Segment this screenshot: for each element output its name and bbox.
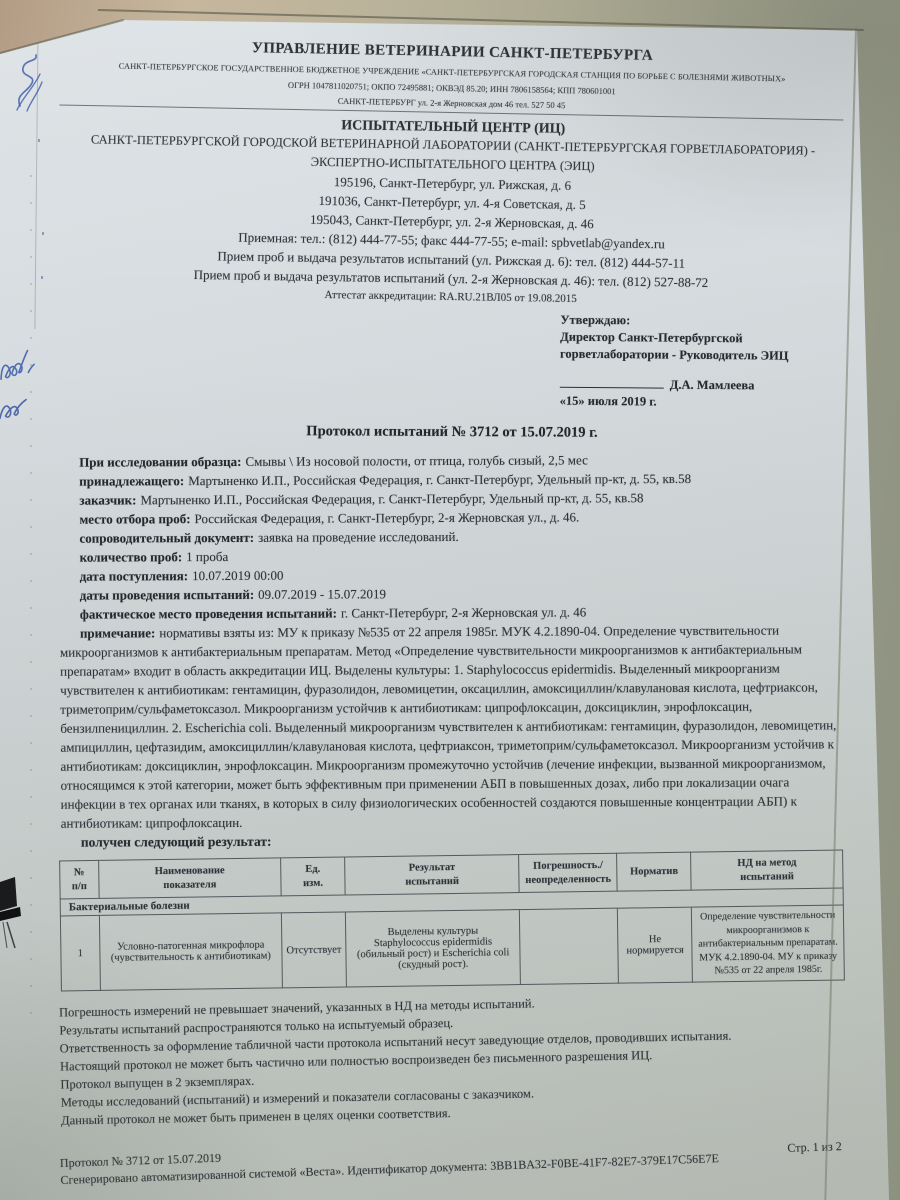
- perforation-dots: [30, 150, 32, 1030]
- notes-block: Погрешность измерений не превышает значе…: [59, 988, 845, 1129]
- photo-frame: УПРАВЛЕНИЕ ВЕТЕРИНАРИИ САНКТ-ПЕТЕРБУРГА …: [0, 0, 900, 1200]
- results-table: № п/п Наименование показателя Ед. изм. Р…: [59, 850, 845, 992]
- black-clip-object: [0, 872, 24, 950]
- result-intro: получен следующий результат:: [61, 829, 845, 851]
- approval-date: «15» июля 2019 г.: [560, 393, 860, 413]
- col-header-unit: Ед. изм.: [281, 857, 346, 896]
- col-header-result: Результат испытаний: [345, 855, 520, 896]
- col-header-uncertainty: Погрешность./ неопределенность: [519, 853, 617, 893]
- cell-norm: Не нормируется: [617, 907, 692, 983]
- cell-method: Определение чувствительности микрооргани…: [692, 905, 845, 982]
- approval-position-line2: горветлаборатории - Руководитель ЭИЦ: [560, 346, 860, 366]
- results-table-wrap: № п/п Наименование показателя Ед. изм. Р…: [59, 850, 845, 992]
- page-number: Стр. 1 из 2: [787, 1138, 844, 1155]
- col-header-method: НД на метод испытаний: [691, 850, 843, 890]
- table-row: 1 Условно-патогенная микрофлора (чувстви…: [60, 905, 844, 990]
- detail-line-note: примечание:нормативы взяты из: МУ к прик…: [60, 620, 845, 832]
- cell-name: Условно-патогенная микрофлора (чувствите…: [99, 913, 282, 990]
- org-header: УПРАВЛЕНИЕ ВЕТЕРИНАРИИ САНКТ-ПЕТЕРБУРГА …: [59, 36, 844, 120]
- col-header-norm: Норматив: [617, 852, 692, 891]
- test-center-header: ИСПЫТАТЕЛЬНЫЙ ЦЕНТР (ИЦ) САНКТ-ПЕТЕРБУРГ…: [59, 114, 846, 309]
- footer-left: Протокол № 3712 от 15.07.2019 Сгенериров…: [60, 1133, 719, 1189]
- protocol-title: Протокол испытаний № 3712 от 15.07.2019 …: [60, 422, 844, 443]
- col-header-num: № п/п: [60, 860, 99, 899]
- approval-block: Утверждаю: Директор Санкт-Петербургской …: [560, 312, 861, 413]
- document-page: УПРАВЛЕНИЕ ВЕТЕРИНАРИИ САНКТ-ПЕТЕРБУРГА …: [0, 0, 900, 1200]
- cell-num: 1: [60, 916, 100, 991]
- cell-result: Выделены культуры Staphylococcus epiderm…: [345, 910, 520, 987]
- cell-uncertainty: [520, 908, 619, 984]
- document-content: УПРАВЛЕНИЕ ВЕТЕРИНАРИИ САНКТ-ПЕТЕРБУРГА …: [34, 14, 858, 1176]
- cell-unit: Отсутствует: [281, 912, 346, 987]
- page-footer: Протокол № 3712 от 15.07.2019 Сгенериров…: [60, 1129, 845, 1189]
- col-header-name: Наименование показателя: [98, 858, 281, 899]
- handwriting-scribble-2: [0, 391, 33, 426]
- signature-line: [560, 376, 664, 389]
- sample-details: При исследовании образца:Смывы \ Из носо…: [59, 449, 845, 851]
- signer-name: Д.А. Мамлеева: [670, 378, 755, 393]
